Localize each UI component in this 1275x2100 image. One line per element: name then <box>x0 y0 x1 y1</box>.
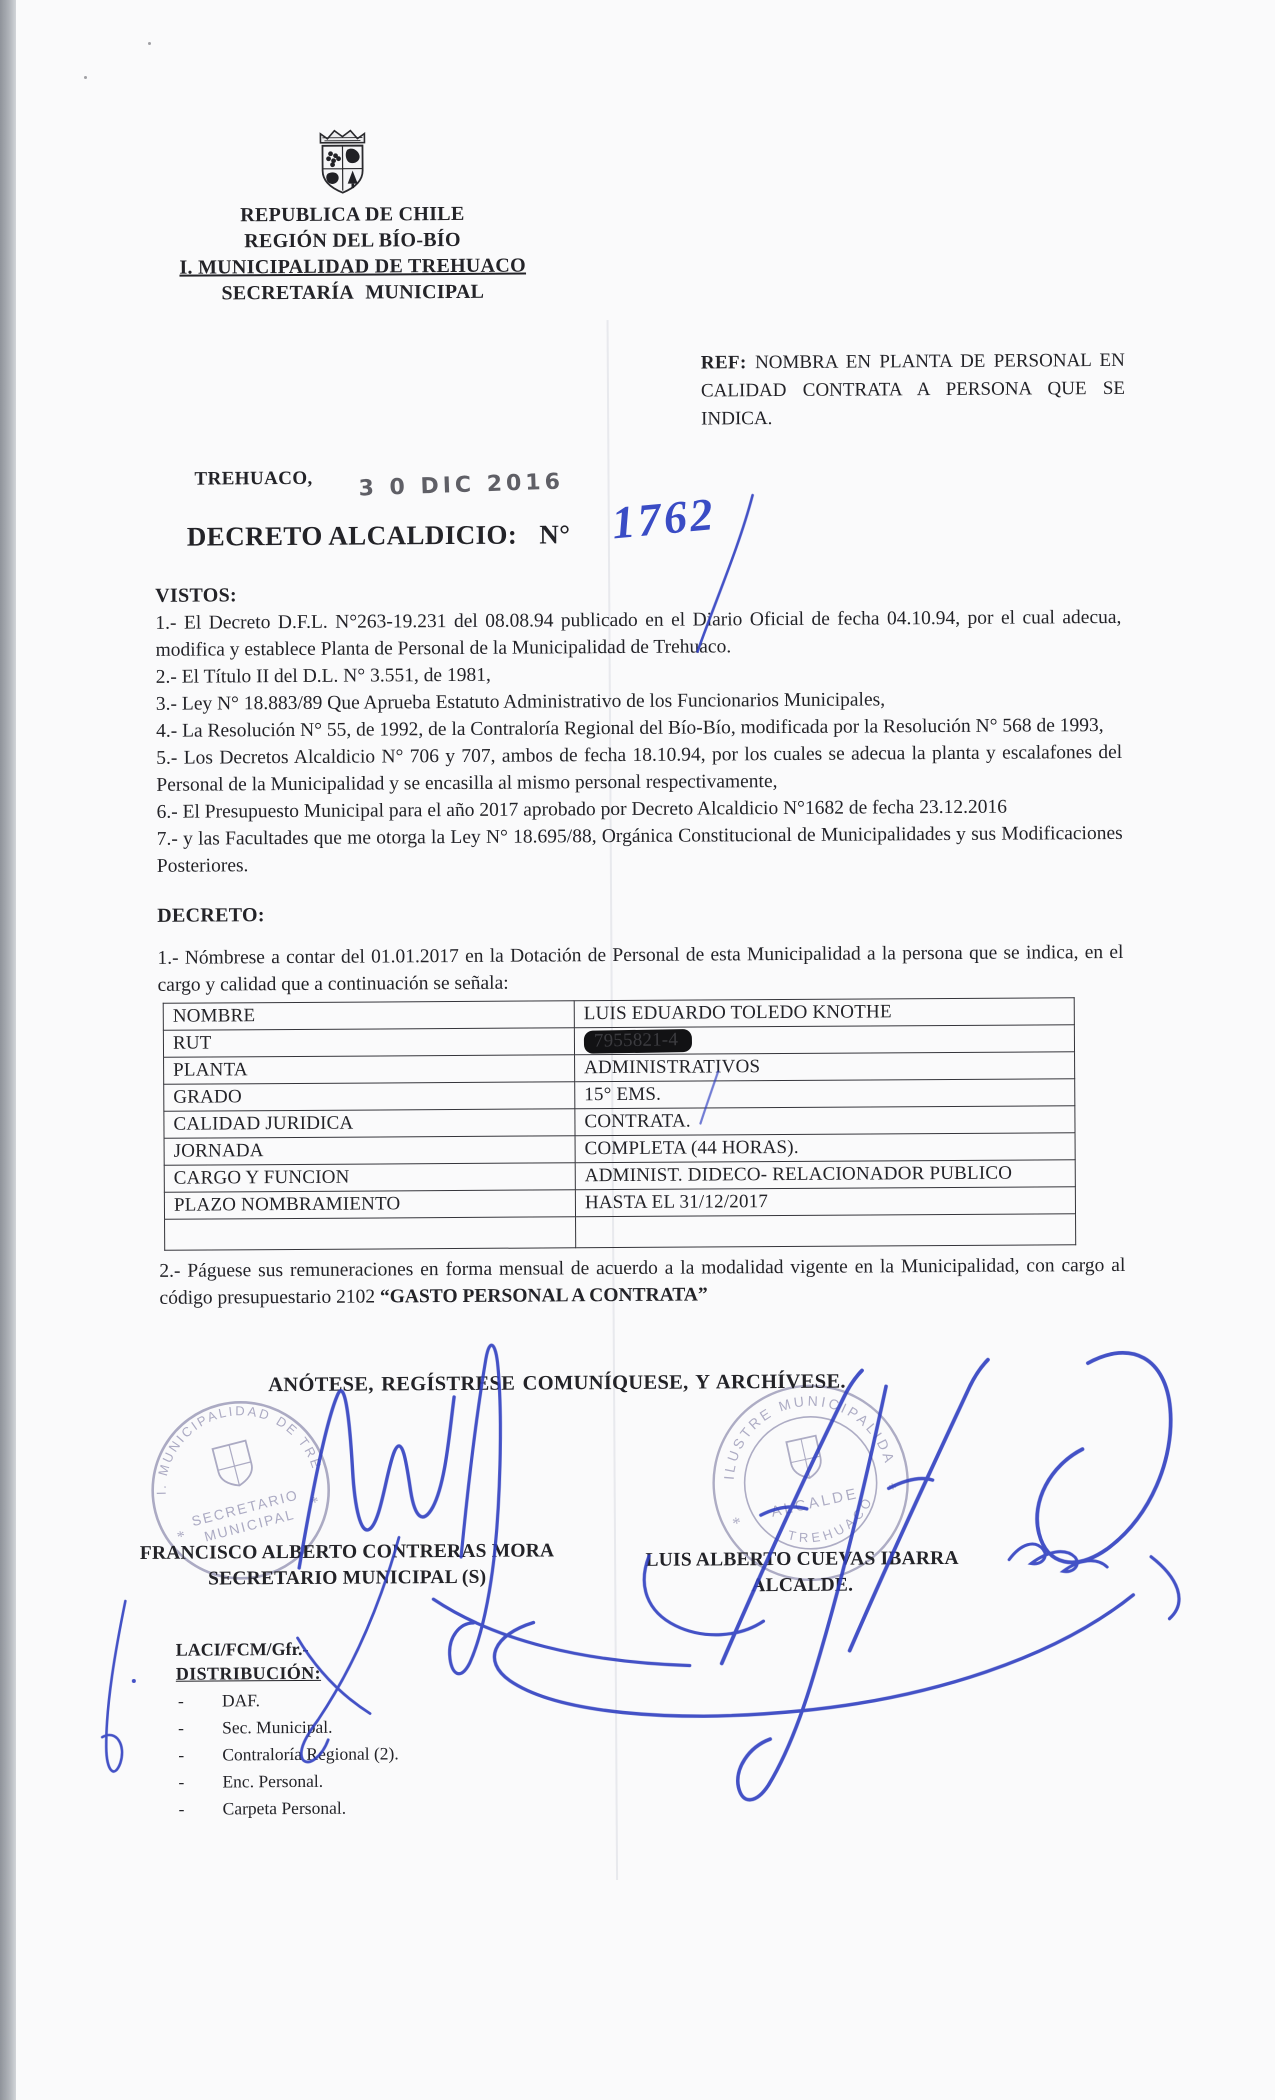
decree-title: DECRETO ALCALDICIO:N° <box>187 519 571 552</box>
secretary-title: SECRETARIO MUNICIPAL (S) <box>121 1564 573 1593</box>
table-value-cell: COMPLETA (44 HORAS). <box>575 1133 1075 1163</box>
mayor-title: ALCALDE. <box>571 1571 1033 1600</box>
secretary-stamp-star-right: * <box>309 1494 321 1512</box>
date-stamp: 3 0 DIC 2016 <box>358 469 564 501</box>
budget-code-label: “GASTO PERSONAL A CONTRATA” <box>380 1284 708 1307</box>
table-value-cell: ADMINIST. DIDECO- RELACIONADOR PUBLICO <box>575 1160 1075 1190</box>
distribution-item: Sec. Municipal. <box>176 1713 399 1741</box>
ref-block: REF: NOMBRA EN PLANTA DE PERSONAL EN CAL… <box>701 347 1126 434</box>
secretary-signature-block: FRANCISCO ALBERTO CONTRERAS MORA SECRETA… <box>121 1538 573 1593</box>
table-value-cell: CONTRATA. <box>575 1106 1075 1136</box>
rut-redaction: 7955821-4 <box>584 1028 693 1053</box>
dust-speck <box>148 42 151 45</box>
margin-pen-mark <box>101 1601 126 1771</box>
place-label: TREHUACO, <box>194 468 312 491</box>
table-label-cell: CARGO Y FUNCION <box>164 1163 575 1193</box>
letterhead-department: SECRETARÍA MUNICIPAL <box>135 278 570 307</box>
appointment-table-body: NOMBRELUIS EDUARDO TOLEDO KNOTHERUT79558… <box>163 998 1075 1251</box>
ref-label: REF: <box>701 352 747 373</box>
table-label-cell: PLAZO NOMBRAMIENTO <box>164 1190 575 1220</box>
vistos-item: 1.- El Decreto D.F.L. N°263-19.231 del 0… <box>155 604 1121 664</box>
mayor-name: LUIS ALBERTO CUEVAS IBARRA <box>571 1545 1033 1574</box>
table-value-cell: ADMINISTRATIVOS <box>575 1052 1075 1082</box>
ref-text: NOMBRA EN PLANTA DE PERSONAL EN CALIDAD … <box>701 350 1125 430</box>
distribution-item: Contraloría Regional (2). <box>176 1740 399 1768</box>
table-label-cell <box>165 1217 576 1251</box>
decree-number-handwritten: 1762 <box>610 487 718 549</box>
letterhead-region: REGIÓN DEL BÍO-BÍO <box>135 226 570 255</box>
margin-pen-dot <box>132 1679 136 1683</box>
vistos-list: 1.- El Decreto D.F.L. N°263-19.231 del 0… <box>155 604 1123 880</box>
distribution-item: Carpeta Personal. <box>177 1794 400 1822</box>
distribution-list: DAF.Sec. Municipal.Contraloría Regional … <box>176 1686 399 1822</box>
decreto-heading: DECRETO: <box>157 904 265 928</box>
letterhead-country: REPUBLICA DE CHILE <box>135 200 570 229</box>
table-label-cell: NOMBRE <box>163 1001 574 1031</box>
mayor-stamp-arc-top: ILUSTRE MUNICIPALIDAD <box>707 1379 899 1506</box>
appointment-table: NOMBRELUIS EDUARDO TOLEDO KNOTHERUT79558… <box>163 997 1076 1251</box>
table-value-cell: LUIS EDUARDO TOLEDO KNOTHE <box>574 998 1074 1028</box>
scanner-edge <box>0 0 16 2100</box>
distribution-item: Enc. Personal. <box>176 1767 399 1795</box>
dust-speck <box>84 76 87 79</box>
table-value-cell: 15° EMS. <box>575 1079 1075 1109</box>
table-value-cell: 7955821-4 <box>574 1025 1074 1055</box>
decree-paragraph-1: 1.- Nómbrese a contar del 01.01.2017 en … <box>157 939 1123 999</box>
mayor-stamp-star-right: * <box>887 1479 899 1499</box>
scanned-sheet: REPUBLICA DE CHILE REGIÓN DEL BÍO-BÍO I.… <box>0 0 1275 2100</box>
table-value-cell: HASTA EL 31/12/2017 <box>575 1187 1075 1217</box>
vistos-item: 7.- y las Facultades que me otorga la Le… <box>157 820 1123 880</box>
initials-line: LACI/FCM/Gfr.- <box>176 1636 399 1661</box>
table-label-cell: GRADO <box>164 1082 575 1112</box>
mayor-stamp-star-left: * <box>731 1513 743 1533</box>
table-label-cell: RUT <box>163 1028 574 1058</box>
secretary-name: FRANCISCO ALBERTO CONTRERAS MORA <box>121 1538 573 1567</box>
vistos-item: 5.- Los Decretos Alcaldicio N° 706 y 707… <box>156 739 1122 799</box>
table-label-cell: CALIDAD JURIDICA <box>164 1109 575 1139</box>
coat-of-arms-icon <box>314 126 370 198</box>
distribution-item: DAF. <box>176 1686 399 1714</box>
letterhead-municipality: I. MUNICIPALIDAD DE TREHUACO <box>135 252 570 281</box>
table-label-cell: PLANTA <box>164 1055 575 1085</box>
decree-paragraph-2: 2.- Páguese sus remuneraciones en forma … <box>159 1252 1125 1312</box>
distribution-heading: DISTRIBUCIÓN: <box>176 1660 399 1685</box>
letterhead: REPUBLICA DE CHILE REGIÓN DEL BÍO-BÍO I.… <box>135 200 571 307</box>
vistos-section: VISTOS: 1.- El Decreto D.F.L. N°263-19.2… <box>155 577 1123 880</box>
table-value-cell <box>576 1214 1076 1248</box>
mayor-signature-block: LUIS ALBERTO CUEVAS IBARRA ALCALDE. <box>571 1545 1033 1600</box>
table-row-empty <box>165 1214 1076 1251</box>
decree-number-label: N° <box>539 519 570 549</box>
table-label-cell: JORNADA <box>164 1136 575 1166</box>
svg-text:ILUSTRE MUNICIPALIDAD: ILUSTRE MUNICIPALIDAD <box>707 1379 899 1506</box>
footer-block: LACI/FCM/Gfr.- DISTRIBUCIÓN: DAF.Sec. Mu… <box>176 1636 400 1822</box>
mayor-stamp-center: ALCALDE <box>770 1485 861 1521</box>
